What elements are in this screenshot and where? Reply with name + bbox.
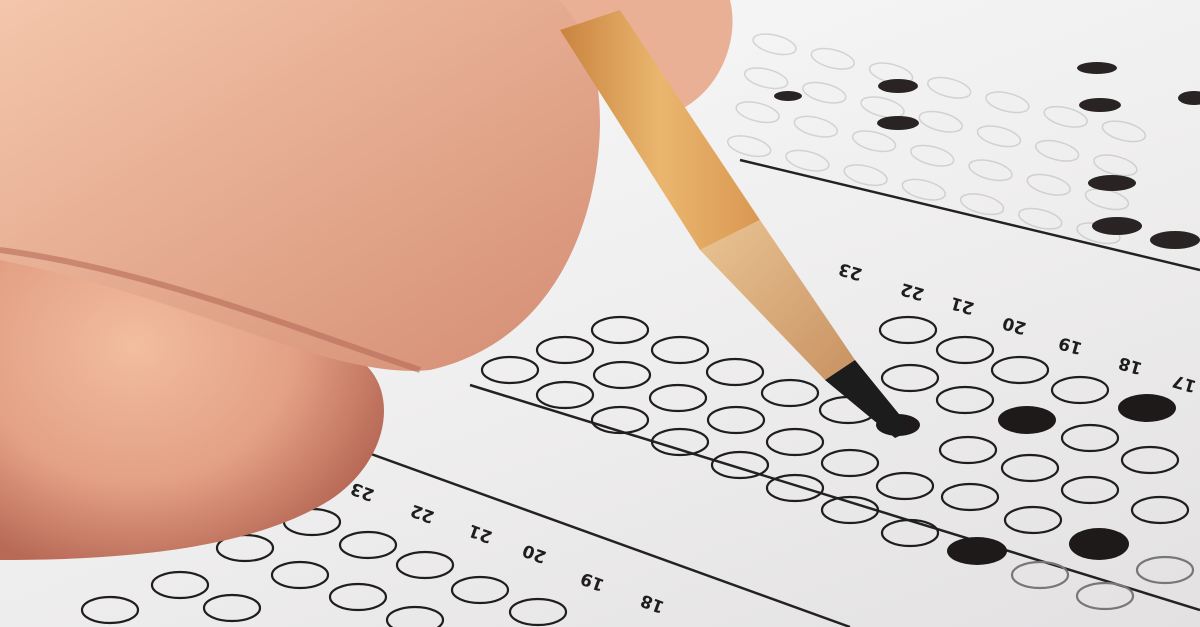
photo-scene: 23 22 21 20 19 18 17 23 22 21 2 <box>0 0 1200 627</box>
pencil-body <box>560 10 760 250</box>
pencil <box>0 0 1200 627</box>
pencil-lead-icon <box>825 360 912 438</box>
pencil-sharpened-wood <box>700 220 855 380</box>
